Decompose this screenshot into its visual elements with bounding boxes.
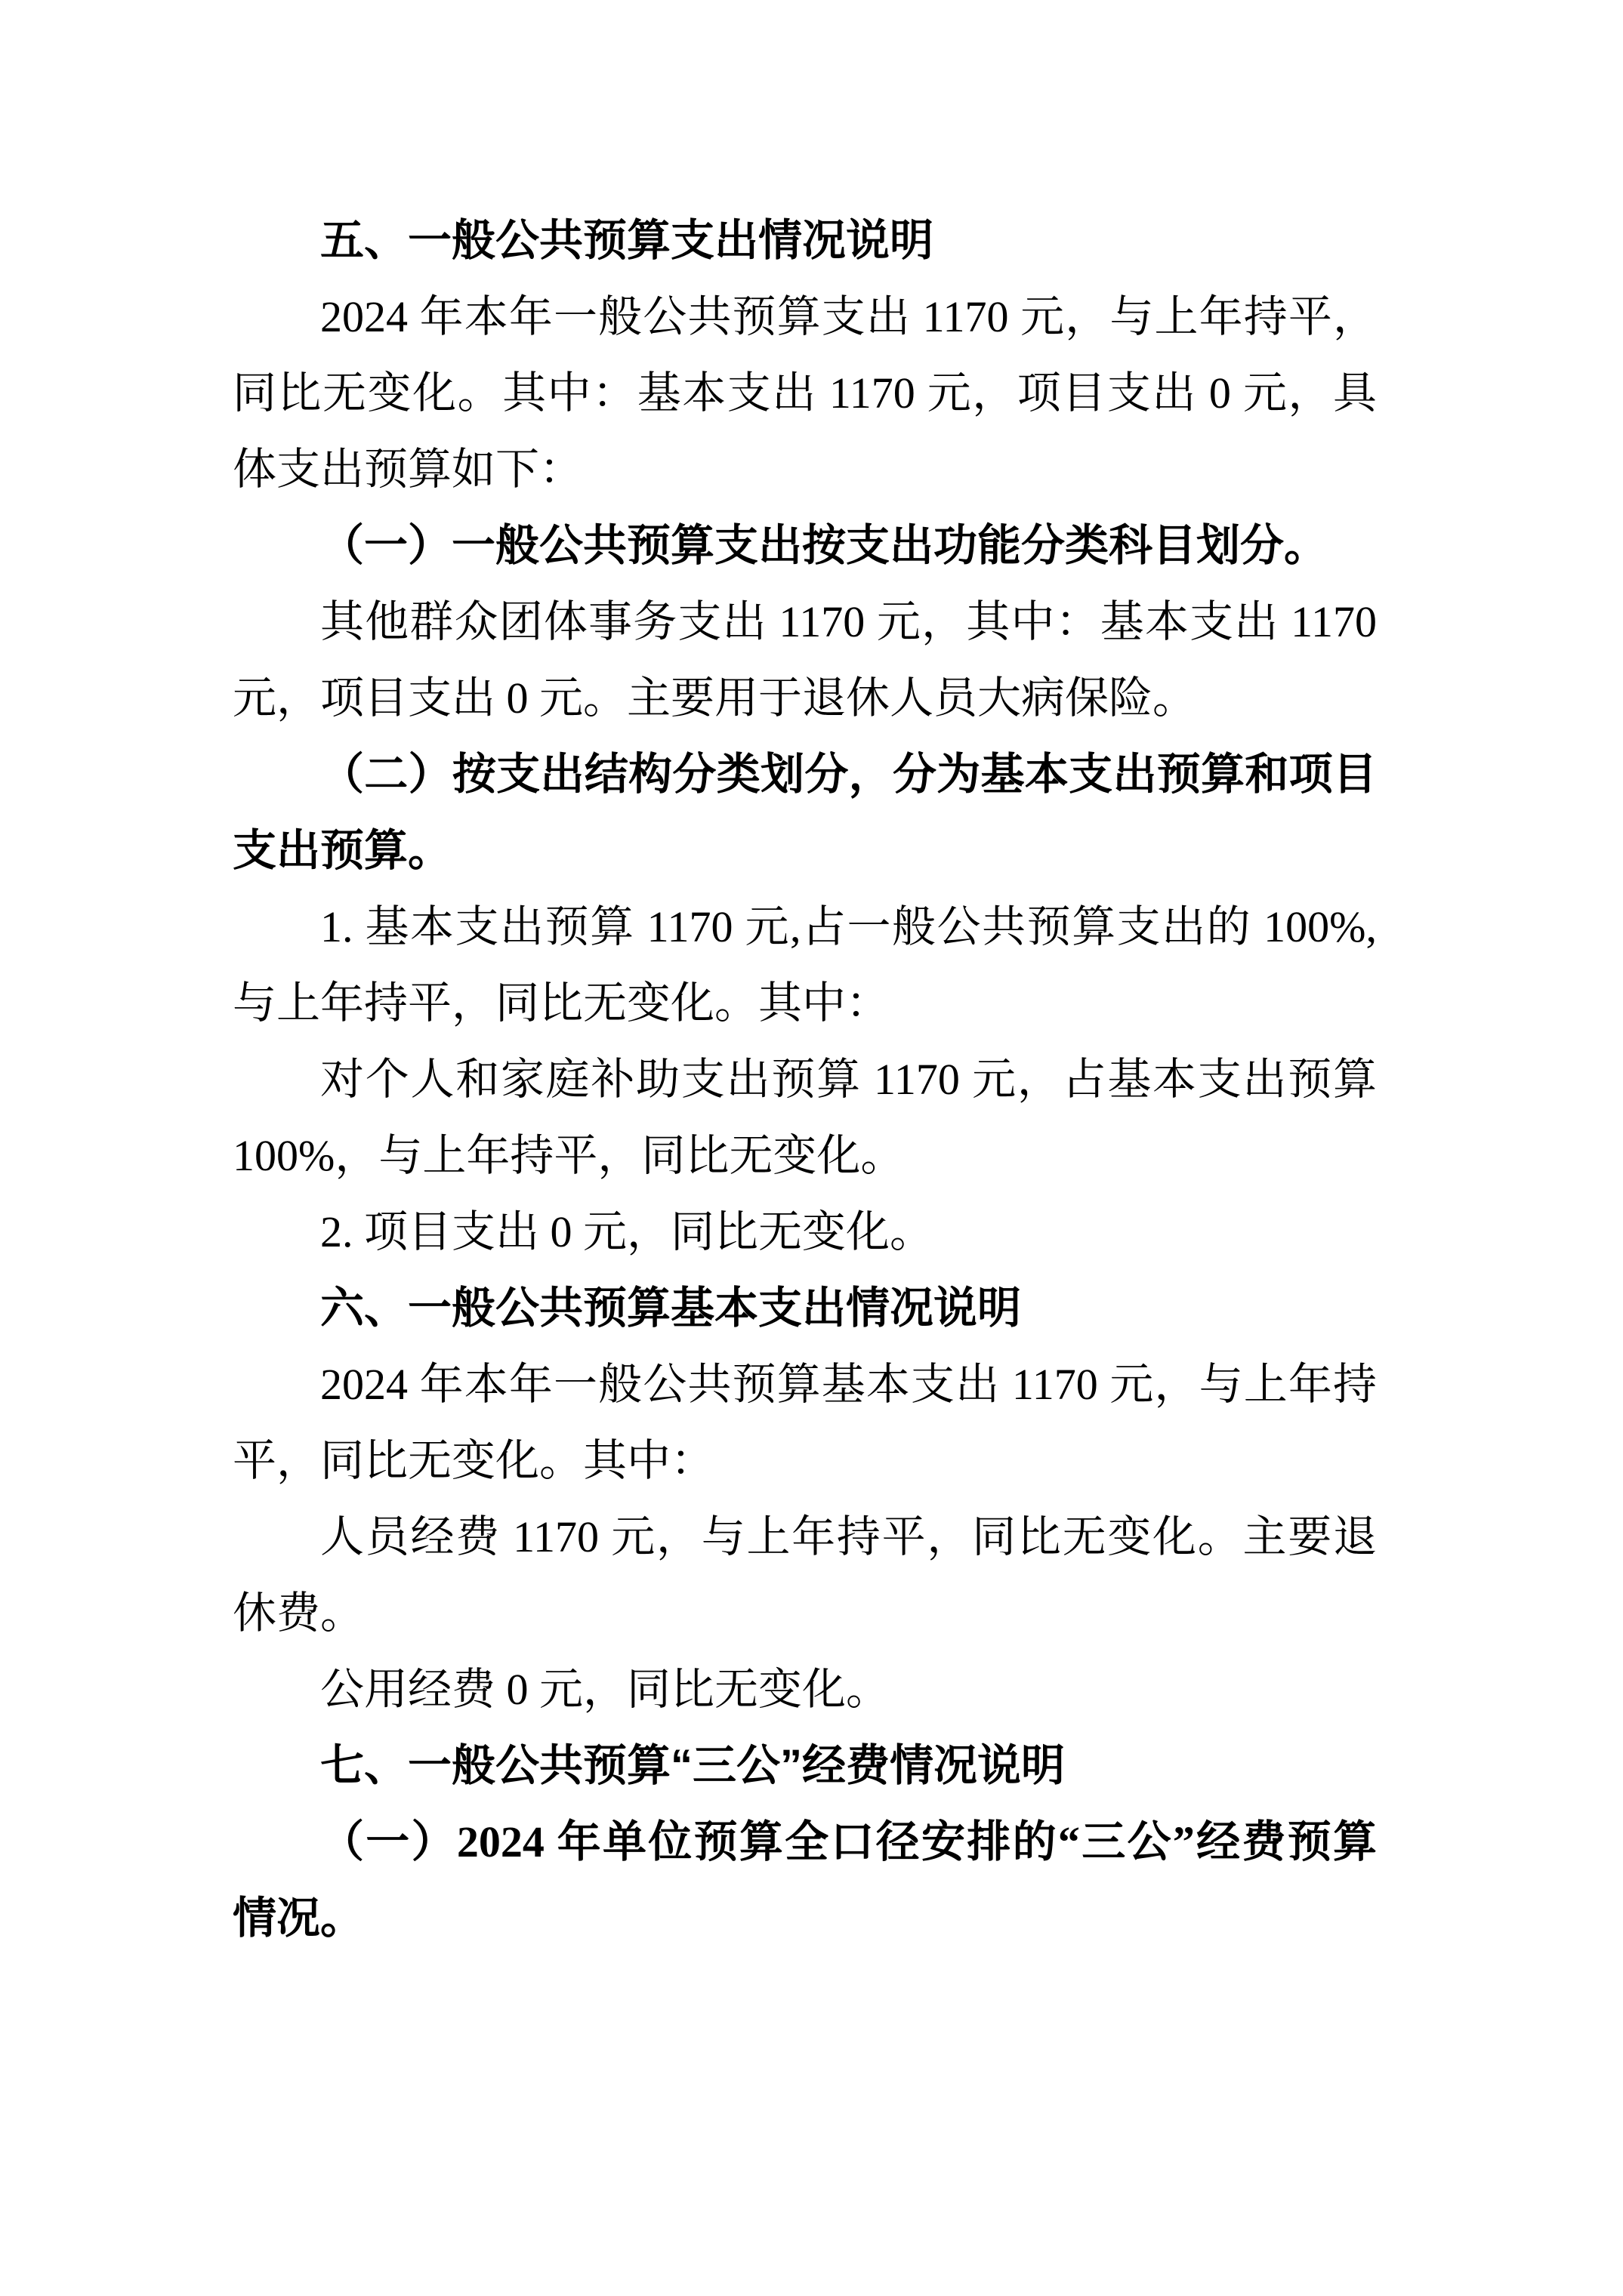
section-heading-5: 五、一般公共预算支出情况说明 [233, 202, 1377, 279]
para-basic-expenditure-overview: 2024 年本年一般公共预算基本支出 1170 元，与上年持平，同比无变化。其中… [233, 1346, 1377, 1499]
section-heading-6: 六、一般公共预算基本支出情况说明 [233, 1270, 1377, 1346]
para-individual-family-subsidy: 对个人和家庭补助支出预算 1170 元，占基本支出预算 100%，与上年持平，同… [233, 1041, 1377, 1194]
subheading-three-public-expenses: （一）2024 年单位预算全口径安排的“三公”经费预算情况。 [233, 1804, 1377, 1956]
para-general-budget-expenditure: 2024 年本年一般公共预算支出 1170 元，与上年持平，同比无变化。其中：基… [233, 279, 1377, 507]
section-heading-7: 七、一般公共预算“三公”经费情况说明 [233, 1727, 1377, 1804]
document-page: 五、一般公共预算支出情况说明 2024 年本年一般公共预算支出 1170 元，与… [0, 0, 1623, 2296]
para-project-expenditure: 2. 项目支出 0 元，同比无变化。 [233, 1194, 1377, 1270]
para-public-funds: 公用经费 0 元，同比无变化。 [233, 1651, 1377, 1727]
para-basic-expenditure-budget: 1. 基本支出预算 1170 元,占一般公共预算支出的 100%,与上年持平，同… [233, 889, 1377, 1041]
document-content: 五、一般公共预算支出情况说明 2024 年本年一般公共预算支出 1170 元，与… [233, 202, 1377, 1956]
para-personnel-funds: 人员经费 1170 元，与上年持平，同比无变化。主要退休费。 [233, 1499, 1377, 1651]
subheading-structure-classification: （二）按支出结构分类划分，分为基本支出预算和项目支出预算。 [233, 736, 1377, 889]
subheading-functional-classification: （一）一般公共预算支出按支出功能分类科目划分。 [233, 507, 1377, 584]
para-other-mass-organization-affairs: 其他群众团体事务支出 1170 元，其中：基本支出 1170 元，项目支出 0 … [233, 584, 1377, 736]
